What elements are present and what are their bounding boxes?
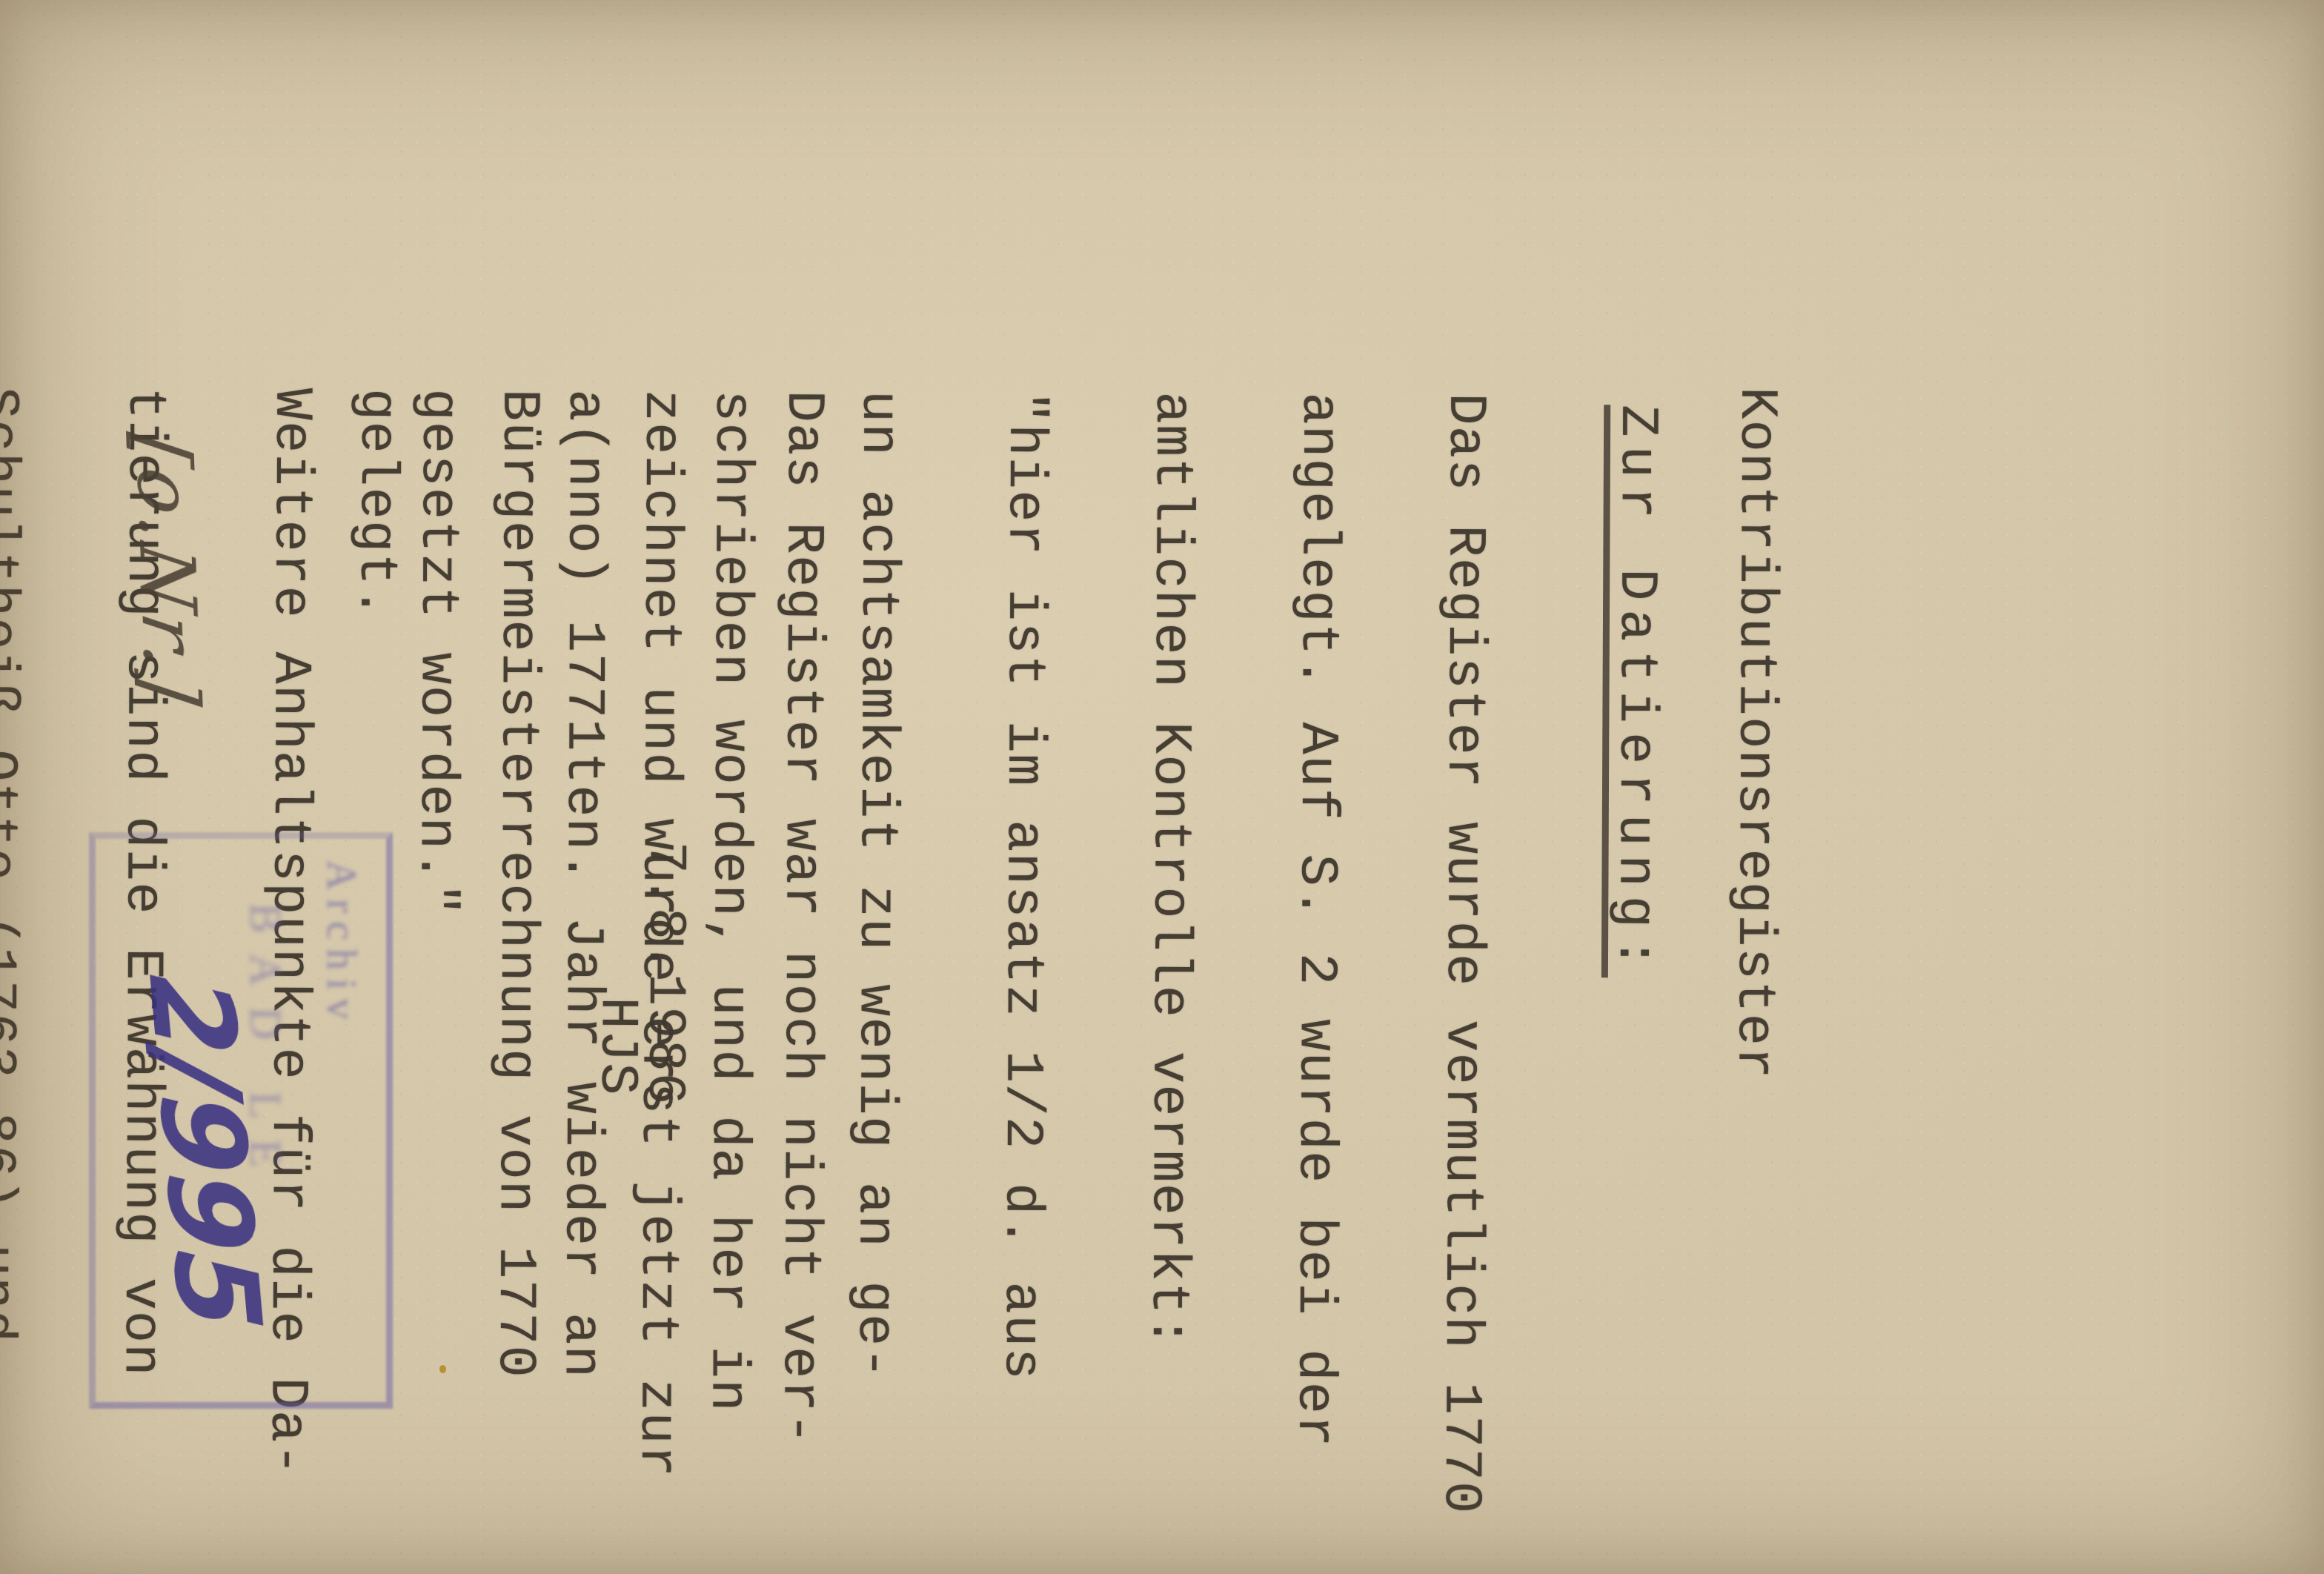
text-line: Bürgermeisterrechnung von 1770 bbox=[491, 389, 542, 1478]
handwritten-no-number-note: [o.Nr.] bbox=[117, 430, 215, 713]
text-line: Das Register war noch nicht ver- bbox=[775, 390, 827, 1478]
paper-speck bbox=[439, 1365, 446, 1373]
rotated-sheet: Kontributionsregister Zur Datierung: Das… bbox=[0, 0, 2324, 1574]
section-heading: Zur Datierung: bbox=[1601, 405, 1661, 977]
document-title: Kontributionsregister bbox=[1729, 387, 1781, 1080]
text-line: angelegt. Auf S. 2 wurde bei der bbox=[1289, 392, 1344, 1514]
text-line: Das Register wurde vermutlich 1770 bbox=[1436, 393, 1490, 1515]
initials-line: HJS bbox=[593, 997, 641, 1096]
text-line: amtlichen Kontrolle vermerkt: bbox=[1143, 392, 1197, 1514]
scanned-page: Kontributionsregister Zur Datierung: Das… bbox=[0, 0, 2324, 1574]
section-heading-text: Zur Datierung: bbox=[1601, 405, 1661, 977]
text-line: Schultheiß Otto (1763-86) und bbox=[0, 387, 22, 1509]
date-line: 7.8.1986 bbox=[640, 842, 689, 1106]
stamp-text-line1: Archiv bbox=[317, 860, 367, 1028]
text-line: "hier ist im ansatz 1/2 d. aus bbox=[996, 391, 1050, 1513]
